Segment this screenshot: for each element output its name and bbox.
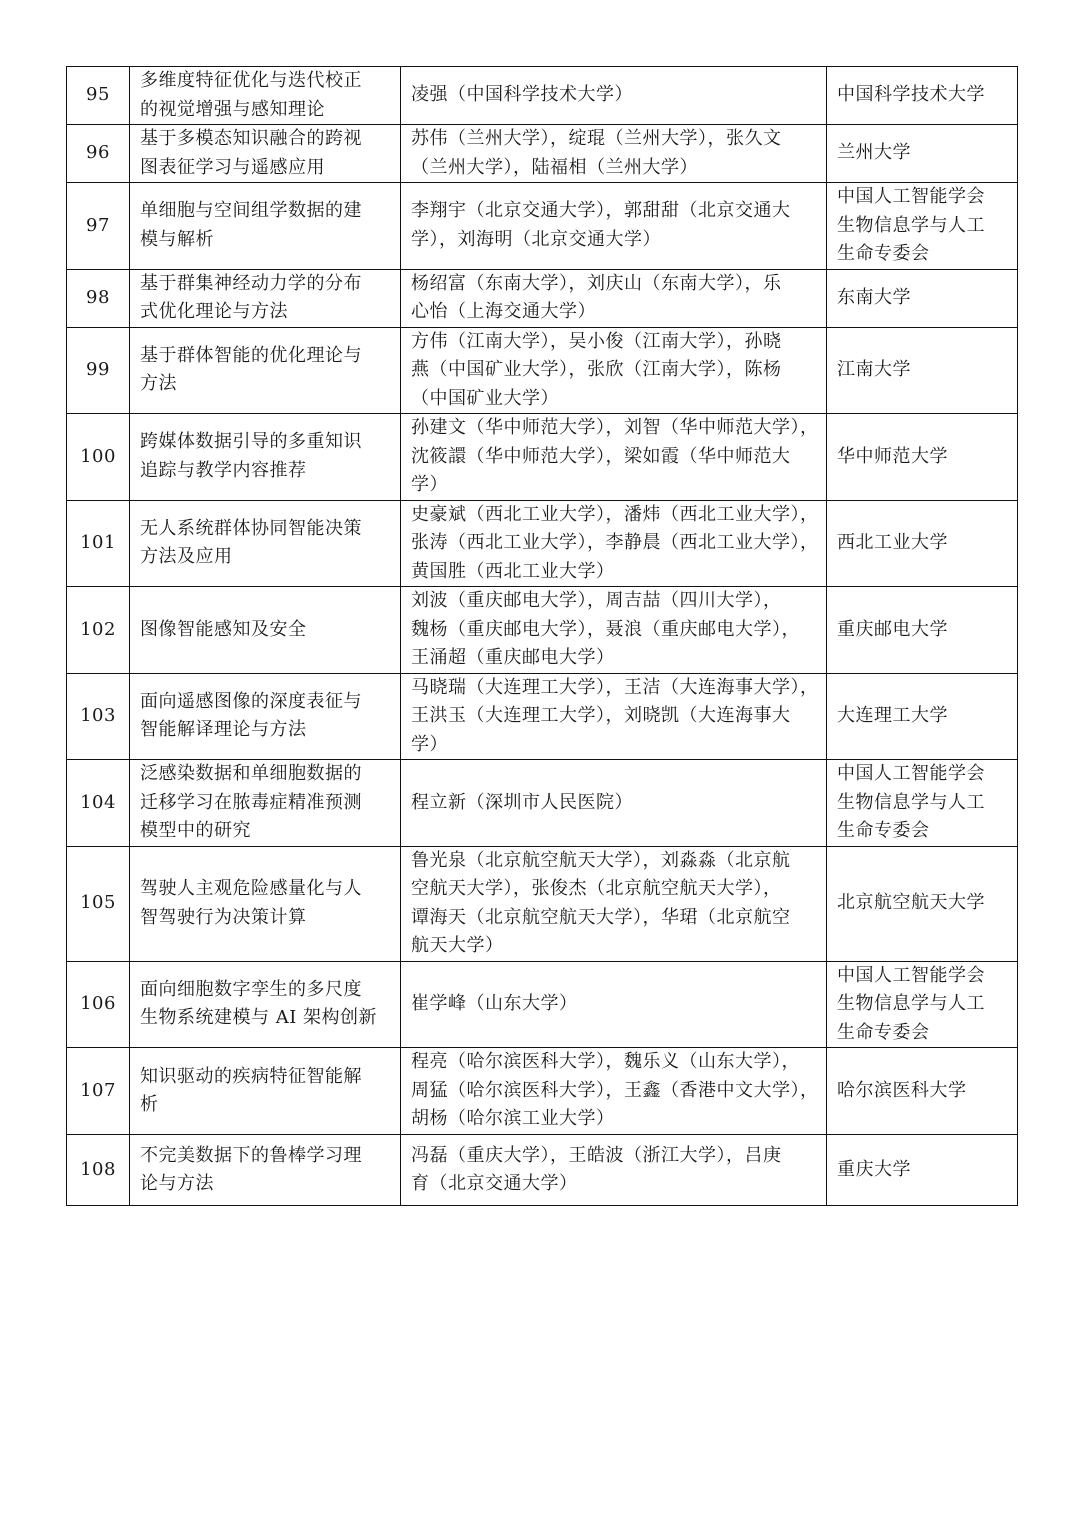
cell-organization-line: 生命专委会	[837, 240, 1007, 269]
cell-organization-line: 西北工业大学	[837, 529, 1007, 558]
cell-number: 95	[67, 67, 130, 125]
cell-organization: 大连理工大学	[827, 673, 1018, 760]
cell-members: 李翔宇（北京交通大学），郭甜甜（北京交通大学），刘海明（北京交通大学）	[401, 183, 827, 270]
table-row: 98基于群集神经动力学的分布式优化理论与方法杨绍富（东南大学），刘庆山（东南大学…	[67, 269, 1018, 327]
cell-number: 103	[67, 673, 130, 760]
cell-project-title-line: 知识驱动的疾病特征智能解	[140, 1063, 390, 1092]
project-table: 95多维度特征优化与迭代校正的视觉增强与感知理论凌强（中国科学技术大学）中国科学…	[66, 66, 1018, 1206]
cell-project-title-line: 模型中的研究	[140, 817, 390, 846]
cell-organization-line: 重庆大学	[837, 1156, 1007, 1185]
cell-project-title: 面向细胞数字孪生的多尺度生物系统建模与 AI 架构创新	[130, 961, 401, 1048]
cell-project-title-line: 智驾驶行为决策计算	[140, 904, 390, 933]
cell-number: 100	[67, 414, 130, 501]
cell-organization: 重庆邮电大学	[827, 587, 1018, 674]
cell-project-title-line: 多维度特征优化与迭代校正	[140, 67, 390, 96]
cell-number: 106	[67, 961, 130, 1048]
cell-project-title: 单细胞与空间组学数据的建模与解析	[130, 183, 401, 270]
cell-project-title: 泛感染数据和单细胞数据的迁移学习在脓毒症精准预测模型中的研究	[130, 760, 401, 847]
cell-number: 108	[67, 1135, 130, 1206]
cell-project-title-line: 驾驶人主观危险感量化与人	[140, 875, 390, 904]
cell-organization-line: 生物信息学与人工	[837, 990, 1007, 1019]
cell-project-title-line: 析	[140, 1091, 390, 1120]
cell-members: 方伟（江南大学），吴小俊（江南大学），孙晓燕（中国矿业大学），张欣（江南大学），…	[401, 327, 827, 414]
cell-number: 104	[67, 760, 130, 847]
cell-members-line: 胡杨（哈尔滨工业大学）	[411, 1105, 816, 1134]
cell-project-title-line: 模与解析	[140, 226, 390, 255]
cell-project-title-line: 智能解译理论与方法	[140, 716, 390, 745]
cell-organization-line: 生物信息学与人工	[837, 789, 1007, 818]
cell-members-line: 燕（中国矿业大学），张欣（江南大学），陈杨	[411, 356, 816, 385]
cell-project-title: 不完美数据下的鲁棒学习理论与方法	[130, 1135, 401, 1206]
cell-organization-line: 北京航空航天大学	[837, 889, 1007, 918]
cell-project-title-line: 图表征学习与遥感应用	[140, 154, 390, 183]
cell-organization-line: 东南大学	[837, 284, 1007, 313]
table-row: 107知识驱动的疾病特征智能解析程亮（哈尔滨医科大学），魏乐义（山东大学），周猛…	[67, 1048, 1018, 1135]
cell-project-title-line: 基于群集神经动力学的分布	[140, 270, 390, 299]
cell-organization-line: 重庆邮电大学	[837, 616, 1007, 645]
cell-organization: 西北工业大学	[827, 500, 1018, 587]
cell-organization: 兰州大学	[827, 125, 1018, 183]
cell-number: 96	[67, 125, 130, 183]
cell-members-line: 王洪玉（大连理工大学），刘晓凯（大连海事大	[411, 702, 816, 731]
cell-members-line: 黄国胜（西北工业大学）	[411, 558, 816, 587]
cell-organization: 哈尔滨医科大学	[827, 1048, 1018, 1135]
cell-members-line: 苏伟（兰州大学），绽琨（兰州大学），张久文	[411, 125, 816, 154]
cell-members: 凌强（中国科学技术大学）	[401, 67, 827, 125]
cell-number: 107	[67, 1048, 130, 1135]
cell-organization-line: 大连理工大学	[837, 702, 1007, 731]
cell-members-line: 程亮（哈尔滨医科大学），魏乐义（山东大学），	[411, 1048, 816, 1077]
table-row: 101无人系统群体协同智能决策方法及应用史豪斌（西北工业大学），潘炜（西北工业大…	[67, 500, 1018, 587]
cell-members: 杨绍富（东南大学），刘庆山（东南大学），乐心怡（上海交通大学）	[401, 269, 827, 327]
cell-members-line: 程立新（深圳市人民医院）	[411, 789, 816, 818]
cell-members: 冯磊（重庆大学），王皓波（浙江大学），吕庚育（北京交通大学）	[401, 1135, 827, 1206]
cell-members-line: 刘波（重庆邮电大学），周吉喆（四川大学），	[411, 587, 816, 616]
table-body: 95多维度特征优化与迭代校正的视觉增强与感知理论凌强（中国科学技术大学）中国科学…	[67, 67, 1018, 1206]
cell-number: 98	[67, 269, 130, 327]
cell-organization-line: 江南大学	[837, 356, 1007, 385]
cell-organization: 江南大学	[827, 327, 1018, 414]
cell-members-line: 魏杨（重庆邮电大学），聂浪（重庆邮电大学），	[411, 616, 816, 645]
cell-project-title-line: 面向遥感图像的深度表征与	[140, 688, 390, 717]
cell-project-title: 驾驶人主观危险感量化与人智驾驶行为决策计算	[130, 846, 401, 961]
cell-project-title-line: 方法	[140, 370, 390, 399]
cell-members-line: 李翔宇（北京交通大学），郭甜甜（北京交通大	[411, 197, 816, 226]
cell-number: 105	[67, 846, 130, 961]
cell-organization: 华中师范大学	[827, 414, 1018, 501]
cell-project-title-line: 单细胞与空间组学数据的建	[140, 197, 390, 226]
cell-organization-line: 生命专委会	[837, 1019, 1007, 1048]
cell-members-line: 马晓瑞（大连理工大学），王洁（大连海事大学），	[411, 674, 816, 703]
table-row: 97单细胞与空间组学数据的建模与解析李翔宇（北京交通大学），郭甜甜（北京交通大学…	[67, 183, 1018, 270]
cell-members-line: 崔学峰（山东大学）	[411, 990, 816, 1019]
table-row: 100跨媒体数据引导的多重知识追踪与教学内容推荐孙建文（华中师范大学），刘智（华…	[67, 414, 1018, 501]
cell-project-title-line: 图像智能感知及安全	[140, 616, 390, 645]
cell-members-line: 学）	[411, 471, 816, 500]
cell-members: 苏伟（兰州大学），绽琨（兰州大学），张久文（兰州大学），陆福相（兰州大学）	[401, 125, 827, 183]
cell-project-title-line: 的视觉增强与感知理论	[140, 96, 390, 125]
cell-members-line: 史豪斌（西北工业大学），潘炜（西北工业大学），	[411, 501, 816, 530]
cell-project-title-line: 迁移学习在脓毒症精准预测	[140, 789, 390, 818]
cell-project-title: 图像智能感知及安全	[130, 587, 401, 674]
cell-members-line: 张涛（西北工业大学），李静晨（西北工业大学），	[411, 529, 816, 558]
cell-project-title-line: 面向细胞数字孪生的多尺度	[140, 976, 390, 1005]
cell-project-title-line: 无人系统群体协同智能决策	[140, 515, 390, 544]
cell-organization-line: 中国人工智能学会	[837, 962, 1007, 991]
cell-project-title-line: 生物系统建模与 AI 架构创新	[140, 1004, 390, 1033]
cell-organization: 北京航空航天大学	[827, 846, 1018, 961]
cell-organization: 中国人工智能学会生物信息学与人工生命专委会	[827, 961, 1018, 1048]
cell-project-title: 面向遥感图像的深度表征与智能解译理论与方法	[130, 673, 401, 760]
cell-members-line: 鲁光泉（北京航空航天大学），刘淼淼（北京航	[411, 847, 816, 876]
cell-organization-line: 中国科学技术大学	[837, 81, 1007, 110]
cell-project-title-line: 跨媒体数据引导的多重知识	[140, 428, 390, 457]
table-row: 103面向遥感图像的深度表征与智能解译理论与方法马晓瑞（大连理工大学），王洁（大…	[67, 673, 1018, 760]
cell-project-title-line: 基于多模态知识融合的跨视	[140, 125, 390, 154]
cell-members: 史豪斌（西北工业大学），潘炜（西北工业大学），张涛（西北工业大学），李静晨（西北…	[401, 500, 827, 587]
cell-members-line: 王涌超（重庆邮电大学）	[411, 644, 816, 673]
cell-members: 鲁光泉（北京航空航天大学），刘淼淼（北京航空航天大学），张俊杰（北京航空航天大学…	[401, 846, 827, 961]
cell-project-title-line: 不完美数据下的鲁棒学习理	[140, 1142, 390, 1171]
cell-organization: 中国人工智能学会生物信息学与人工生命专委会	[827, 183, 1018, 270]
cell-organization-line: 哈尔滨医科大学	[837, 1077, 1007, 1106]
cell-members-line: 学），刘海明（北京交通大学）	[411, 226, 816, 255]
cell-members-line: 学）	[411, 731, 816, 760]
table-row: 108不完美数据下的鲁棒学习理论与方法冯磊（重庆大学），王皓波（浙江大学），吕庚…	[67, 1135, 1018, 1206]
cell-project-title-line: 泛感染数据和单细胞数据的	[140, 760, 390, 789]
cell-number: 99	[67, 327, 130, 414]
cell-members: 刘波（重庆邮电大学），周吉喆（四川大学），魏杨（重庆邮电大学），聂浪（重庆邮电大…	[401, 587, 827, 674]
cell-members-line: 育（北京交通大学）	[411, 1170, 816, 1199]
cell-members: 孙建文（华中师范大学），刘智（华中师范大学），沈筱譞（华中师范大学），梁如霞（华…	[401, 414, 827, 501]
cell-members-line: （兰州大学），陆福相（兰州大学）	[411, 154, 816, 183]
cell-members-line: 周猛（哈尔滨医科大学），王鑫（香港中文大学），	[411, 1077, 816, 1106]
cell-number: 97	[67, 183, 130, 270]
cell-organization-line: 生命专委会	[837, 817, 1007, 846]
cell-members: 马晓瑞（大连理工大学），王洁（大连海事大学），王洪玉（大连理工大学），刘晓凯（大…	[401, 673, 827, 760]
cell-project-title: 跨媒体数据引导的多重知识追踪与教学内容推荐	[130, 414, 401, 501]
cell-project-title-line: 论与方法	[140, 1170, 390, 1199]
cell-members-line: 杨绍富（东南大学），刘庆山（东南大学），乐	[411, 270, 816, 299]
cell-project-title-line: 方法及应用	[140, 543, 390, 572]
table-row: 106面向细胞数字孪生的多尺度生物系统建模与 AI 架构创新崔学峰（山东大学）中…	[67, 961, 1018, 1048]
cell-project-title: 基于群集神经动力学的分布式优化理论与方法	[130, 269, 401, 327]
cell-organization-line: 华中师范大学	[837, 443, 1007, 472]
cell-members-line: 心怡（上海交通大学）	[411, 298, 816, 327]
cell-members-line: 冯磊（重庆大学），王皓波（浙江大学），吕庚	[411, 1142, 816, 1171]
cell-organization-line: 中国人工智能学会	[837, 183, 1007, 212]
cell-members-line: 航天大学）	[411, 932, 816, 961]
table-row: 99基于群体智能的优化理论与方法方伟（江南大学），吴小俊（江南大学），孙晓燕（中…	[67, 327, 1018, 414]
table-row: 95多维度特征优化与迭代校正的视觉增强与感知理论凌强（中国科学技术大学）中国科学…	[67, 67, 1018, 125]
cell-members-line: 方伟（江南大学），吴小俊（江南大学），孙晓	[411, 328, 816, 357]
cell-project-title: 基于多模态知识融合的跨视图表征学习与遥感应用	[130, 125, 401, 183]
cell-project-title: 知识驱动的疾病特征智能解析	[130, 1048, 401, 1135]
cell-project-title-line: 基于群体智能的优化理论与	[140, 342, 390, 371]
table-row: 104泛感染数据和单细胞数据的迁移学习在脓毒症精准预测模型中的研究程立新（深圳市…	[67, 760, 1018, 847]
cell-number: 102	[67, 587, 130, 674]
cell-members-line: （中国矿业大学）	[411, 385, 816, 414]
document-page: 95多维度特征优化与迭代校正的视觉增强与感知理论凌强（中国科学技术大学）中国科学…	[0, 0, 1080, 1527]
cell-members: 程立新（深圳市人民医院）	[401, 760, 827, 847]
table-row: 96基于多模态知识融合的跨视图表征学习与遥感应用苏伟（兰州大学），绽琨（兰州大学…	[67, 125, 1018, 183]
cell-organization: 中国科学技术大学	[827, 67, 1018, 125]
cell-project-title: 多维度特征优化与迭代校正的视觉增强与感知理论	[130, 67, 401, 125]
cell-organization: 东南大学	[827, 269, 1018, 327]
cell-members-line: 谭海天（北京航空航天大学），华珺（北京航空	[411, 904, 816, 933]
cell-number: 101	[67, 500, 130, 587]
cell-organization: 重庆大学	[827, 1135, 1018, 1206]
cell-organization-line: 生物信息学与人工	[837, 212, 1007, 241]
table-row: 102图像智能感知及安全刘波（重庆邮电大学），周吉喆（四川大学），魏杨（重庆邮电…	[67, 587, 1018, 674]
cell-members-line: 孙建文（华中师范大学），刘智（华中师范大学），	[411, 414, 816, 443]
cell-project-title: 基于群体智能的优化理论与方法	[130, 327, 401, 414]
cell-members: 崔学峰（山东大学）	[401, 961, 827, 1048]
cell-project-title-line: 追踪与教学内容推荐	[140, 457, 390, 486]
cell-members-line: 空航天大学），张俊杰（北京航空航天大学），	[411, 875, 816, 904]
cell-organization: 中国人工智能学会生物信息学与人工生命专委会	[827, 760, 1018, 847]
table-row: 105驾驶人主观危险感量化与人智驾驶行为决策计算鲁光泉（北京航空航天大学），刘淼…	[67, 846, 1018, 961]
cell-organization-line: 兰州大学	[837, 139, 1007, 168]
cell-project-title: 无人系统群体协同智能决策方法及应用	[130, 500, 401, 587]
cell-members-line: 沈筱譞（华中师范大学），梁如霞（华中师范大	[411, 443, 816, 472]
cell-project-title-line: 式优化理论与方法	[140, 298, 390, 327]
cell-organization-line: 中国人工智能学会	[837, 760, 1007, 789]
cell-members-line: 凌强（中国科学技术大学）	[411, 81, 816, 110]
cell-members: 程亮（哈尔滨医科大学），魏乐义（山东大学），周猛（哈尔滨医科大学），王鑫（香港中…	[401, 1048, 827, 1135]
